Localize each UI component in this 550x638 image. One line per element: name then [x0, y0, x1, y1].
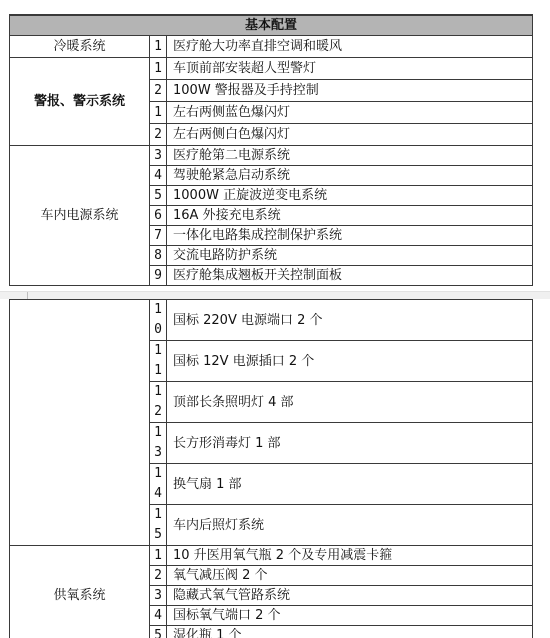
item-number: 8: [150, 246, 167, 266]
category-cell: 警报、警示系统: [10, 58, 150, 146]
item-number-digit: 1: [154, 363, 162, 378]
item-text: 医疗舱第二电源系统: [167, 146, 533, 166]
item-number: 1: [150, 58, 167, 80]
table-row: 车内电源系统 3 医疗舱第二电源系统: [10, 146, 533, 166]
item-number: 3: [150, 586, 167, 606]
item-number: 7: [150, 226, 167, 246]
item-number: 9: [150, 266, 167, 286]
item-text: 交流电路防护系统: [167, 246, 533, 266]
item-text: 医疗舱集成翘板开关控制面板: [167, 266, 533, 286]
item-number: 12: [150, 382, 167, 423]
item-text: 1000W 正旋波逆变电系统: [167, 186, 533, 206]
item-number: 1: [150, 36, 167, 58]
item-text: 换气扇 1 部: [167, 464, 533, 505]
page-break: [0, 291, 550, 299]
item-number: 14: [150, 464, 167, 505]
item-number: 4: [150, 606, 167, 626]
item-number-digit: 0: [154, 322, 162, 337]
item-text: 左右两侧蓝色爆闪灯: [167, 102, 533, 124]
item-number: 11: [150, 341, 167, 382]
item-text: 国标 220V 电源端口 2 个: [167, 300, 533, 341]
item-number-digit: 5: [154, 527, 162, 542]
item-text: 国标氧气端口 2 个: [167, 606, 533, 626]
item-number-digit: 4: [154, 486, 162, 501]
table-row: 冷暖系统 1 医疗舱大功率直排空调和暖风: [10, 36, 533, 58]
item-number: 6: [150, 206, 167, 226]
item-text: 国标 12V 电源插口 2 个: [167, 341, 533, 382]
item-number: 2: [150, 566, 167, 586]
item-text: 车内后照灯系统: [167, 505, 533, 546]
item-number: 3: [150, 146, 167, 166]
config-table-page-2: 10 国标 220V 电源端口 2 个 11 国标 12V 电源插口 2 个 1…: [9, 299, 533, 638]
category-cell: 供氧系统: [10, 546, 150, 638]
table-title: 基本配置: [10, 15, 533, 36]
item-text: 氧气减压阀 2 个: [167, 566, 533, 586]
item-text: 车顶前部安装超人型警灯: [167, 58, 533, 80]
item-number-digit: 1: [154, 343, 162, 358]
category-cell: 车内电源系统: [10, 146, 150, 286]
item-number: 10: [150, 300, 167, 341]
item-text: 隐藏式氧气管路系统: [167, 586, 533, 606]
item-number-digit: 1: [154, 384, 162, 399]
item-text: 驾驶舱紧急启动系统: [167, 166, 533, 186]
item-number-digit: 1: [154, 425, 162, 440]
item-number: 5: [150, 626, 167, 638]
item-number-digit: 3: [154, 445, 162, 460]
table-header-row: 基本配置: [10, 15, 533, 36]
item-text: 长方形消毒灯 1 部: [167, 423, 533, 464]
item-number-digit: 1: [154, 302, 162, 317]
item-number: 1: [150, 102, 167, 124]
item-text: 10 升医用氧气瓶 2 个及专用减震卡箍: [167, 546, 533, 566]
item-number: 2: [150, 80, 167, 102]
item-number: 1: [150, 546, 167, 566]
table-row: 供氧系统 1 10 升医用氧气瓶 2 个及专用减震卡箍: [10, 546, 533, 566]
item-text: 湿化瓶 1 个: [167, 626, 533, 638]
item-number: 13: [150, 423, 167, 464]
item-text: 一体化电路集成控制保护系统: [167, 226, 533, 246]
item-number-digit: 2: [154, 404, 162, 419]
table-row: 10 国标 220V 电源端口 2 个: [10, 300, 533, 341]
item-number: 15: [150, 505, 167, 546]
table-row: 警报、警示系统 1 车顶前部安装超人型警灯: [10, 58, 533, 80]
item-number-digit: 1: [154, 466, 162, 481]
item-text: 左右两侧白色爆闪灯: [167, 124, 533, 146]
item-text: 16A 外接充电系统: [167, 206, 533, 226]
item-text: 医疗舱大功率直排空调和暖风: [167, 36, 533, 58]
category-cell: 冷暖系统: [10, 36, 150, 58]
item-number: 5: [150, 186, 167, 206]
config-table-page-1: 基本配置 冷暖系统 1 医疗舱大功率直排空调和暖风 警报、警示系统 1 车顶前部…: [9, 14, 533, 286]
item-text: 顶部长条照明灯 4 部: [167, 382, 533, 423]
item-number: 4: [150, 166, 167, 186]
item-text: 100W 警报器及手持控制: [167, 80, 533, 102]
item-number-digit: 1: [154, 507, 162, 522]
category-cell-continued: [10, 300, 150, 546]
item-number: 2: [150, 124, 167, 146]
